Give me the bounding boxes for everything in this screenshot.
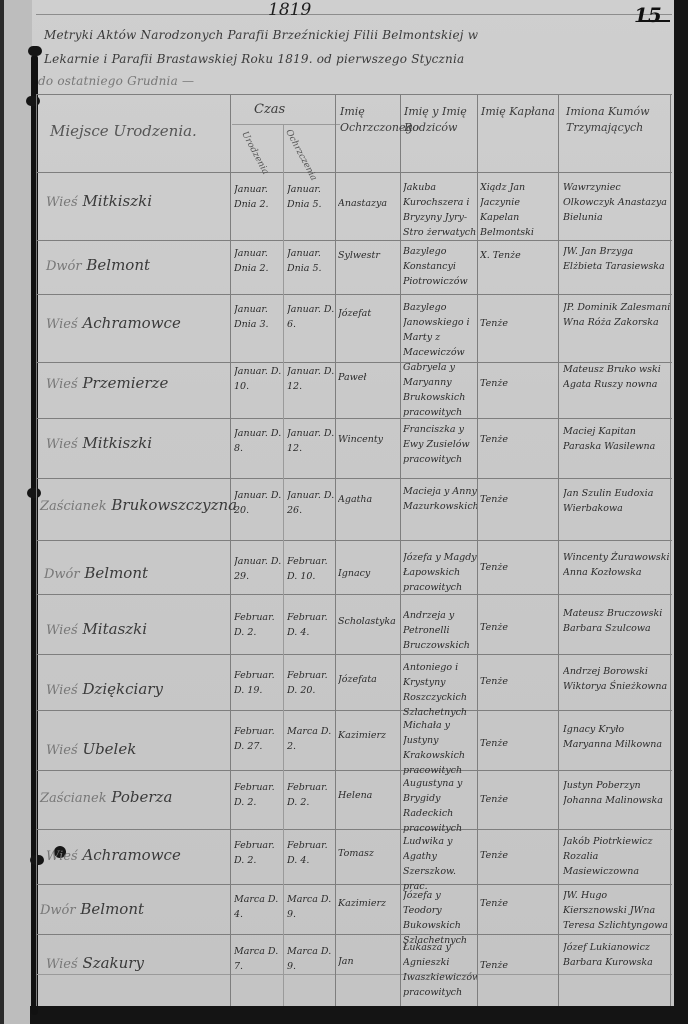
grid-line — [36, 884, 672, 885]
record-parents: Macieja y Anny Mazurkowskich — [403, 484, 477, 514]
record-child-name: Jan — [338, 954, 400, 969]
record-birth-date: Januar. Dnia 3. — [234, 302, 284, 332]
place-name: Achramowce — [82, 846, 180, 864]
header-place: Miejsce Urodzenia. — [50, 122, 197, 140]
record-place: Wieś Dziękciary — [46, 680, 163, 698]
record-place: Zaścianek Poberza — [40, 788, 172, 806]
record-godparents: Wincenty Żurawowski Anna Kozłowska — [563, 550, 671, 580]
place-name: Belmont — [84, 564, 148, 582]
intro-line-3: do ostatniego Grudnia — — [38, 74, 194, 88]
record-parents: Jakuba Kurochszera i Bryzyny Jyry-Stro ż… — [403, 180, 477, 240]
record-birth-date: Februar. D. 2. — [234, 610, 284, 640]
record-baptism-date: Februar. D. 4. — [287, 838, 335, 868]
grid-line — [36, 770, 672, 771]
grid-line — [230, 94, 231, 1006]
grid-line — [232, 124, 340, 125]
record-parents: Augustyna y Brygidy Radeckich pracowityc… — [403, 776, 477, 836]
place-prefix: Dwór — [46, 259, 82, 274]
record-baptism-date: Januar. D. 12. — [287, 426, 335, 456]
place-prefix: Wieś — [46, 377, 78, 392]
record-parents: Łukasza y Agnieszki Iwaszkiewiczów praco… — [403, 940, 477, 1000]
grid-line — [36, 294, 672, 295]
record-place: Wieś Szakury — [46, 954, 144, 972]
record-birth-date: Januar. Dnia 2. — [234, 246, 284, 276]
place-prefix: Wieś — [46, 683, 78, 698]
record-godparents: Mateusz Bruczowski Barbara Szulcowa — [563, 606, 671, 636]
grid-line — [36, 240, 672, 241]
record-place: Dwór Belmont — [40, 900, 144, 918]
record-parents: Józefa y Magdy Łapowskich pracowitych — [403, 550, 477, 595]
page-number-underline — [640, 20, 670, 22]
record-place: Wieś Achramowce — [46, 314, 181, 332]
record-baptism-date: Februar. D. 20. — [287, 668, 335, 698]
place-name: Ubelek — [82, 740, 136, 758]
record-child-name: Kazimierz — [338, 728, 400, 743]
scan-left-edge — [0, 0, 4, 1024]
record-place: Wieś Mitkiszki — [46, 434, 152, 452]
record-godparents: JW. Hugo Kiersznowski JWna Teresa Szlich… — [563, 888, 671, 933]
record-priest: Tenże — [480, 620, 560, 635]
record-child-name: Anastazya — [338, 196, 400, 211]
record-parents: Gabryela y Maryanny Brukowskich pracowit… — [403, 360, 477, 420]
record-child-name: Sylwestr — [338, 248, 400, 263]
record-child-name: Paweł — [338, 370, 400, 385]
record-priest: Tenże — [480, 560, 560, 575]
record-godparents: Wawrzyniec Olkowczyk Anastazya Bielunia — [563, 180, 671, 225]
top-rule-line — [36, 14, 672, 15]
record-priest: Tenże — [480, 896, 560, 911]
record-priest: Tenże — [480, 848, 560, 863]
place-name: Poberza — [111, 788, 172, 806]
record-child-name: Józefat — [338, 306, 400, 321]
record-baptism-date: Januar. D. 6. — [287, 302, 335, 332]
place-prefix: Dwór — [44, 567, 80, 582]
record-priest: Tenże — [480, 492, 560, 507]
record-godparents: Andrzej Borowski Wiktorya Śnieżkowna — [563, 664, 671, 694]
record-godparents: JP. Dominik Zalesmani Wna Róża Zakorska — [563, 300, 671, 330]
place-prefix: Wieś — [46, 623, 78, 638]
place-prefix: Dwór — [40, 903, 76, 918]
record-parents: Ludwika y Agathy Szerszkow. prac. — [403, 834, 477, 894]
record-godparents: Jan Szulin Eudoxia Wierbakowa — [563, 486, 671, 516]
place-name: Belmont — [86, 256, 150, 274]
record-godparents: Ignacy Kryło Maryanna Milkowna — [563, 722, 671, 752]
record-priest: Tenże — [480, 674, 560, 689]
scan-right-border — [674, 0, 688, 1024]
header-priest: Imię Kapłana — [481, 104, 557, 120]
header-time: Czas — [254, 102, 285, 118]
record-place: Zaścianek Brukowszczyzna — [40, 496, 237, 514]
page-number: 15 — [634, 3, 662, 27]
grid-line — [36, 94, 672, 95]
place-name: Achramowce — [82, 314, 180, 332]
record-baptism-date: Februar. D. 2. — [287, 780, 335, 810]
grid-line — [36, 540, 672, 541]
record-godparents: Maciej Kapitan Paraska Wasilewna — [563, 424, 671, 454]
record-child-name: Józefata — [338, 672, 400, 687]
place-prefix: Wieś — [46, 849, 78, 864]
place-prefix: Wieś — [46, 743, 78, 758]
grid-line — [477, 94, 478, 1006]
record-birth-date: Januar. D. 29. — [234, 554, 284, 584]
place-prefix: Wieś — [46, 437, 78, 452]
place-name: Dziękciary — [82, 680, 162, 698]
record-priest: Tenże — [480, 316, 560, 331]
record-baptism-date: Februar. D. 4. — [287, 610, 335, 640]
record-birth-date: Februar. D. 2. — [234, 838, 284, 868]
grid-line — [335, 94, 336, 1006]
place-name: Mitkiszki — [82, 434, 152, 452]
record-child-name: Agatha — [338, 492, 400, 507]
record-place: Wieś Mitaszki — [46, 620, 147, 638]
record-priest: Tenże — [480, 432, 560, 447]
record-baptism-date: Januar. Dnia 5. — [287, 246, 335, 276]
record-birth-date: Februar. D. 19. — [234, 668, 284, 698]
record-parents: Andrzeja y Petronelli Bruczowskich — [403, 608, 477, 653]
place-prefix: Zaścianek — [40, 499, 107, 514]
grid-line — [36, 94, 37, 1006]
place-prefix: Wieś — [46, 317, 78, 332]
record-baptism-date: Januar. D. 26. — [287, 488, 335, 518]
record-baptism-date: Januar. Dnia 5. — [287, 182, 335, 212]
grid-line — [36, 974, 672, 975]
place-prefix: Zaścianek — [40, 791, 107, 806]
place-name: Belmont — [80, 900, 144, 918]
grid-line — [36, 172, 672, 173]
record-baptism-date: Marca D. 9. — [287, 892, 335, 922]
record-place: Dwór Belmont — [46, 256, 150, 274]
record-place: Dwór Belmont — [44, 564, 148, 582]
record-parents: Józefa y Teodory Bukowskich Szlachetnych — [403, 888, 477, 948]
record-priest: Tenże — [480, 376, 560, 391]
place-name: Przemierze — [82, 374, 168, 392]
place-prefix: Wieś — [46, 195, 78, 210]
grid-line — [36, 418, 672, 419]
record-birth-date: Marca D. 7. — [234, 944, 284, 974]
record-godparents: Józef Lukianowicz Barbara Kurowska — [563, 940, 671, 970]
place-name: Brukowszczyzna — [111, 496, 237, 514]
record-parents: Bazylego Konstancyi Piotrowiczów — [403, 244, 477, 289]
record-godparents: JW. Jan Brzyga Elżbieta Tarasiewska — [563, 244, 671, 274]
record-birth-date: Februar. D. 2. — [234, 780, 284, 810]
record-baptism-date: Marca D. 9. — [287, 944, 335, 974]
intro-line-1: Metryki Aktów Narodzonych Parafii Brzeźn… — [44, 28, 478, 42]
header-child-name: Imię Ochrzczonego — [340, 104, 398, 136]
record-priest: Tenże — [480, 958, 560, 973]
grid-line — [36, 594, 672, 595]
record-child-name: Wincenty — [338, 432, 400, 447]
grid-line — [400, 94, 401, 1006]
binding-knot — [28, 46, 42, 56]
grid-line — [36, 710, 672, 711]
record-place: Wieś Ubelek — [46, 740, 136, 758]
record-birth-date: Februar. D. 27. — [234, 724, 284, 754]
grid-line — [36, 934, 672, 935]
record-godparents: Mateusz Bruko wski Agata Ruszy nowna — [563, 362, 671, 392]
record-parents: Antoniego i Krystyny Roszczyckich Szlach… — [403, 660, 477, 720]
record-baptism-date: Marca D. 2. — [287, 724, 335, 754]
record-birth-date: Marca D. 4. — [234, 892, 284, 922]
record-place: Wieś Achramowce — [46, 846, 181, 864]
record-priest: X. Tenże — [480, 248, 560, 263]
record-priest: Tenże — [480, 736, 560, 751]
record-child-name: Kazimierz — [338, 896, 400, 911]
record-birth-date: Januar. Dnia 2. — [234, 182, 284, 212]
left-margin-strip — [0, 0, 32, 1024]
intro-line-2: Lekarnie i Parafii Brastawskiej Roku 181… — [44, 52, 464, 66]
scan-bottom-border — [30, 1006, 688, 1024]
record-godparents: Justyn Poberzyn Johanna Malinowska — [563, 778, 671, 808]
record-priest: Xiądz Jan Jaczynie Kapelan Belmontski — [480, 180, 560, 240]
record-birth-date: Januar. D. 20. — [234, 488, 284, 518]
header-godparents: Imiona Kumów Trzymających — [566, 104, 670, 136]
record-baptism-date: Januar. D. 12. — [287, 364, 335, 394]
year-header: 1819 — [268, 0, 311, 20]
record-birth-date: Januar. D. 10. — [234, 364, 284, 394]
place-name: Mitkiszki — [82, 192, 152, 210]
record-child-name: Scholastyka — [338, 614, 400, 629]
record-parents: Michała y Justyny Krakowskich pracowityc… — [403, 718, 477, 778]
place-name: Mitaszki — [82, 620, 147, 638]
record-child-name: Helena — [338, 788, 400, 803]
record-child-name: Tomasz — [338, 846, 400, 861]
grid-line — [36, 654, 672, 655]
record-parents: Franciszka y Ewy Zusielów pracowitych — [403, 422, 477, 467]
record-parents: Bazylego Janowskiego i Marty z Macewiczó… — [403, 300, 477, 360]
record-godparents: Jakób Piotrkiewicz Rozalia Masiewiczowna — [563, 834, 671, 879]
record-place: Wieś Przemierze — [46, 374, 168, 392]
record-baptism-date: Februar. D. 10. — [287, 554, 335, 584]
grid-line — [36, 829, 672, 830]
place-name: Szakury — [82, 954, 144, 972]
grid-line — [36, 478, 672, 479]
place-prefix: Wieś — [46, 957, 78, 972]
record-birth-date: Januar. D. 8. — [234, 426, 284, 456]
header-parents: Imię y Imię Rodziców — [404, 104, 476, 136]
record-child-name: Ignacy — [338, 566, 400, 581]
record-place: Wieś Mitkiszki — [46, 192, 152, 210]
record-priest: Tenże — [480, 792, 560, 807]
